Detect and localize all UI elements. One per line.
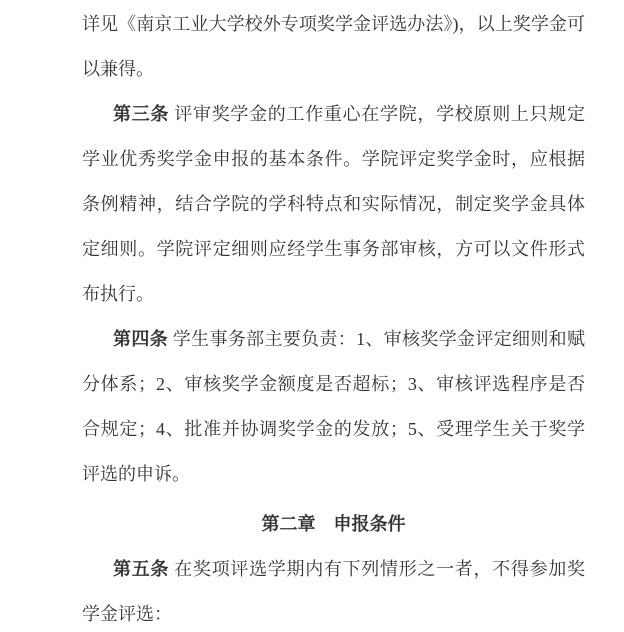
text-segment: 分体系；2、审核奖学金额度是否超标；3、审核评选程序是否符 [82,374,585,407]
text-line: 第三条 评审奖学金的工作重心在学院，学校原则上只规定 [82,92,585,137]
text-line: 合规定；4、批准并协调奖学金的发放；5、受理学生关于奖学金 [82,407,585,452]
text-segment: 学生事务部主要负责：1、审核奖学金评定细则和赋 [168,329,585,349]
chapter-heading: 第二章 申报条件 [82,502,585,547]
text-line: 条例精神，结合学院的学科特点和实际情况，制定奖学金具体评 [82,182,585,227]
text-segment: 布执行。 [82,284,154,304]
text-line: 以兼得。 [82,47,585,92]
text-line: 第五条 在奖项评选学期内有下列情形之一者，不得参加奖 [82,547,585,592]
text-segment: 学金评选： [82,604,172,624]
text-segment: 在奖项评选学期内有下列情形之一者，不得参加奖 [169,559,585,579]
article-label: 第二章 申报条件 [262,514,406,534]
article-label: 第四条 [113,329,168,349]
document-body: 详见《南京工业大学校外专项奖学金评选办法》)，以上奖学金可以兼得。第三条 评审奖… [82,2,585,632]
document-page: 详见《南京工业大学校外专项奖学金评选办法》)，以上奖学金可以兼得。第三条 评审奖… [0,0,624,632]
text-line: 评选的申诉。 [82,452,585,497]
text-segment: 学业优秀奖学金申报的基本条件。学院评定奖学金时，应根据本 [82,149,585,182]
text-segment: 以兼得。 [82,59,154,79]
text-segment: 定细则。学院评定细则应经学生事务部审核，方可以文件形式颁 [82,239,585,272]
text-segment: 详见《南京工业大学校外专项奖学金评选办法》)，以上奖学金可 [82,14,585,34]
text-line: 第四条 学生事务部主要负责：1、审核奖学金评定细则和赋 [82,317,585,362]
text-segment: 评审奖学金的工作重心在学院，学校原则上只规定 [169,104,585,124]
text-segment: 评选的申诉。 [82,464,190,484]
text-line: 学业优秀奖学金申报的基本条件。学院评定奖学金时，应根据本 [82,137,585,182]
text-line: 详见《南京工业大学校外专项奖学金评选办法》)，以上奖学金可 [82,2,585,47]
text-line: 定细则。学院评定细则应经学生事务部审核，方可以文件形式颁 [82,227,585,272]
article-label: 第五条 [113,559,169,579]
text-segment: 条例精神，结合学院的学科特点和实际情况，制定奖学金具体评 [82,194,585,227]
text-line: 布执行。 [82,272,585,317]
article-label: 第三条 [113,104,169,124]
text-segment: 合规定；4、批准并协调奖学金的发放；5、受理学生关于奖学金 [82,419,585,452]
text-line: 分体系；2、审核奖学金额度是否超标；3、审核评选程序是否符 [82,362,585,407]
text-line: 学金评选： [82,592,585,632]
